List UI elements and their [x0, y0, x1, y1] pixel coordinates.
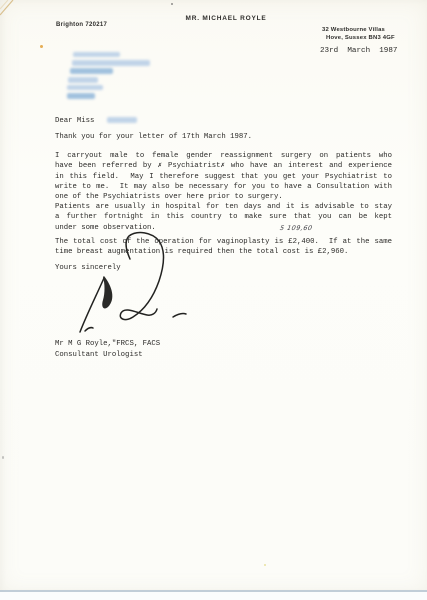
signature-title: Consultant Urologist — [55, 350, 392, 360]
body-line: Thank you for your letter of 17th March … — [55, 132, 392, 142]
letterhead-phone: Brighton 720217 — [56, 22, 107, 28]
paper-speck — [264, 564, 266, 566]
signature-title-text: Consultant Urologist — [55, 350, 392, 360]
body-line: Patients are usually in hospital for ten… — [55, 202, 392, 212]
signature-diagonal-stroke — [80, 278, 104, 332]
body-line: I carryout male to female gender reassig… — [55, 151, 392, 161]
corner-fold — [0, 0, 22, 22]
redaction-bar — [67, 85, 103, 90]
signature-loop-stroke — [120, 233, 163, 320]
opening-line: Thank you for your letter of 17th March … — [55, 132, 392, 142]
letterhead-address-line1: 32 Westbourne Villas — [322, 27, 385, 33]
body-line: a further fortnight in this country to m… — [55, 212, 392, 222]
letterhead-address-line2: Hove, Sussex BN3 4GF — [326, 35, 395, 41]
paper-speck — [40, 45, 43, 48]
salutation-line: Dear Miss — [55, 116, 137, 126]
redaction-bar — [72, 60, 150, 66]
letterhead-name: MR. MICHAEL ROYLE — [150, 15, 302, 22]
salutation-text: Dear Miss — [55, 117, 94, 125]
handwritten-annotation: 5 109,60 — [279, 224, 313, 232]
redaction-bar — [67, 93, 95, 99]
scan-background — [0, 592, 427, 600]
signature-name: Mr M G Royle,"FRCS, FACS — [55, 339, 392, 349]
redaction-bar — [73, 52, 120, 57]
body-line: write to me. It may also be necessary fo… — [55, 182, 392, 192]
body-line: have been referred by ✗ Psychiatrist✗ wh… — [55, 161, 392, 171]
body-line: in this field. May I therefore suggest t… — [55, 172, 392, 182]
signature-dash — [173, 314, 186, 317]
signature-tick — [85, 328, 93, 331]
letter-date: 23rd March 1987 — [320, 46, 397, 56]
paper-speck — [171, 3, 173, 5]
redaction-bar — [70, 68, 113, 74]
redacted-recipient-name — [107, 117, 137, 123]
redaction-bar — [68, 77, 98, 83]
signature-name-text: Mr M G Royle,"FRCS, FACS — [55, 339, 392, 349]
scanned-letter-paper: MR. MICHAEL ROYLE Brighton 720217 32 Wes… — [0, 0, 427, 592]
paper-speck — [2, 456, 4, 459]
signature-scribble — [50, 228, 220, 350]
paragraph-1: I carryout male to female gender reassig… — [55, 151, 392, 203]
signature-crescent — [102, 276, 112, 308]
